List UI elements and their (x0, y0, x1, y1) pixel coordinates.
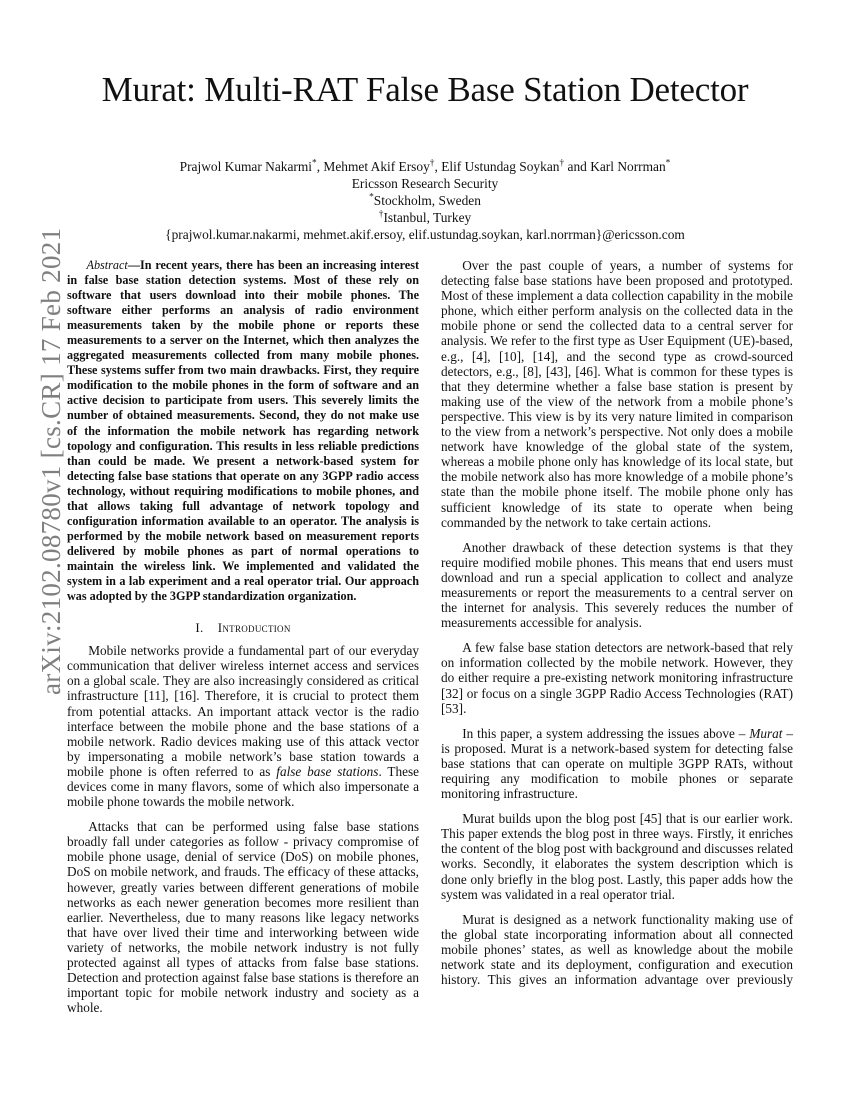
location-stockholm: *Stockholm, Sweden (0, 192, 850, 209)
author-name: Prajwol Kumar Nakarmi (180, 159, 312, 174)
intro-paragraph-5: A few false base station detectors are n… (441, 640, 793, 715)
paragraph-text: In this paper, a system addressing the i… (462, 726, 749, 741)
author-name: Elif Ustundag Soykan (441, 159, 559, 174)
paper-title: Murat: Multi-RAT False Base Station Dete… (0, 68, 850, 112)
section-number: I. (195, 620, 203, 635)
author-emails: {prajwol.kumar.nakarmi, mehmet.akif.erso… (0, 226, 850, 243)
emphasized-term: false base stations (276, 764, 378, 779)
emphasized-term: Murat (749, 726, 782, 741)
abstract: Abstract—In recent years, there has been… (67, 258, 419, 604)
paragraph-text: Mobile networks provide a fundamental pa… (67, 643, 419, 779)
intro-paragraph-3: Over the past couple of years, a number … (441, 258, 793, 530)
section-heading-introduction: I. Introduction (67, 620, 419, 635)
location-text: Istanbul, Turkey (383, 210, 471, 225)
author-list: Prajwol Kumar Nakarmi*, Mehmet Akif Erso… (0, 158, 850, 175)
intro-paragraph-6: In this paper, a system addressing the i… (441, 726, 793, 801)
author-block: Prajwol Kumar Nakarmi*, Mehmet Akif Erso… (0, 158, 850, 243)
abstract-text: —In recent years, there has been an incr… (67, 258, 419, 603)
author-name: Karl Norrman (590, 159, 665, 174)
intro-paragraph-8: Murat is designed as a network functiona… (441, 912, 793, 987)
arxiv-identifier-stamp: arXiv:2102.08780v1 [cs.CR] 17 Feb 2021 (36, 228, 67, 695)
author-separator: and (564, 159, 590, 174)
intro-paragraph-4: Another drawback of these detection syst… (441, 540, 793, 631)
affiliation: Ericsson Research Security (0, 175, 850, 192)
section-title: Introduction (218, 620, 291, 635)
intro-paragraph-2: Attacks that can be performed using fals… (67, 819, 419, 1015)
intro-paragraph-7: Murat builds upon the blog post [45] tha… (441, 811, 793, 902)
location-text: Stockholm, Sweden (374, 193, 481, 208)
intro-paragraph-1: Mobile networks provide a fundamental pa… (67, 643, 419, 809)
affiliation-mark: * (666, 159, 671, 169)
abstract-label: Abstract (87, 258, 128, 272)
right-column: Over the past couple of years, a number … (441, 258, 793, 997)
location-istanbul: †Istanbul, Turkey (0, 209, 850, 226)
author-name: Mehmet Akif Ersoy (323, 159, 429, 174)
left-column: Abstract—In recent years, there has been… (67, 258, 419, 1025)
